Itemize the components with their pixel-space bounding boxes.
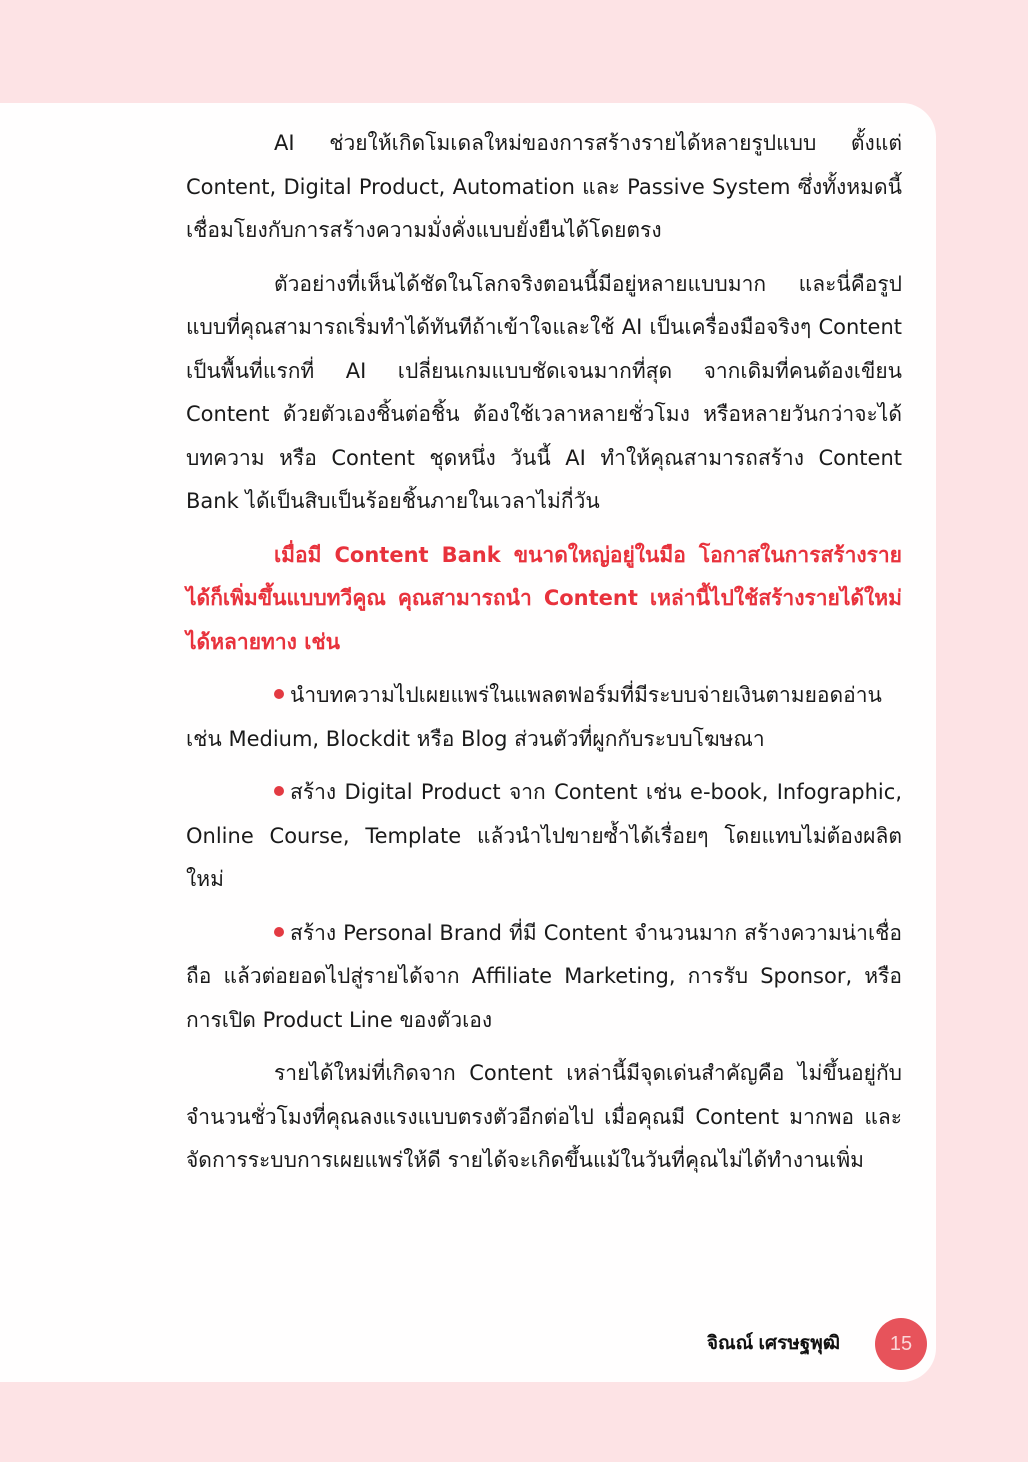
page-footer: จิณณ์ เศรษฐพุฒิ 15 [0, 1318, 936, 1368]
bullet-dot-icon [274, 689, 284, 699]
bullet-text: นำบทความไปเผยแพร่ในแพลตฟอร์มที่มีระบบจ่า… [186, 683, 882, 751]
page-content: AI ช่วยให้เกิดโมเดลใหม่ของการสร้างรายได้… [186, 122, 902, 1193]
bullet-item: สร้าง Personal Brand ที่มี Content จำนวน… [186, 912, 902, 1043]
bullet-text: สร้าง Digital Product จาก Content เช่น e… [186, 780, 902, 891]
highlight-paragraph: เมื่อมี Content Bank ขนาดใหญ่อยู่ในมือ โ… [186, 534, 902, 665]
bullet-item: นำบทความไปเผยแพร่ในแพลตฟอร์มที่มีระบบจ่า… [186, 674, 902, 761]
intro-paragraph: AI ช่วยให้เกิดโมเดลใหม่ของการสร้างรายได้… [186, 122, 902, 253]
examples-paragraph: ตัวอย่างที่เห็นได้ชัดในโลกจริงตอนนี้มีอย… [186, 263, 902, 524]
bullet-dot-icon [274, 786, 284, 796]
bullet-text: สร้าง Personal Brand ที่มี Content จำนวน… [186, 921, 902, 1032]
bullet-dot-icon [274, 927, 284, 937]
bullet-item: สร้าง Digital Product จาก Content เช่น e… [186, 771, 902, 902]
author-name: จิณณ์ เศรษฐพุฒิ [707, 1328, 840, 1358]
closing-paragraph: รายได้ใหม่ที่เกิดจาก Content เหล่านี้มีจ… [186, 1052, 902, 1183]
page-number-badge: 15 [875, 1318, 927, 1370]
